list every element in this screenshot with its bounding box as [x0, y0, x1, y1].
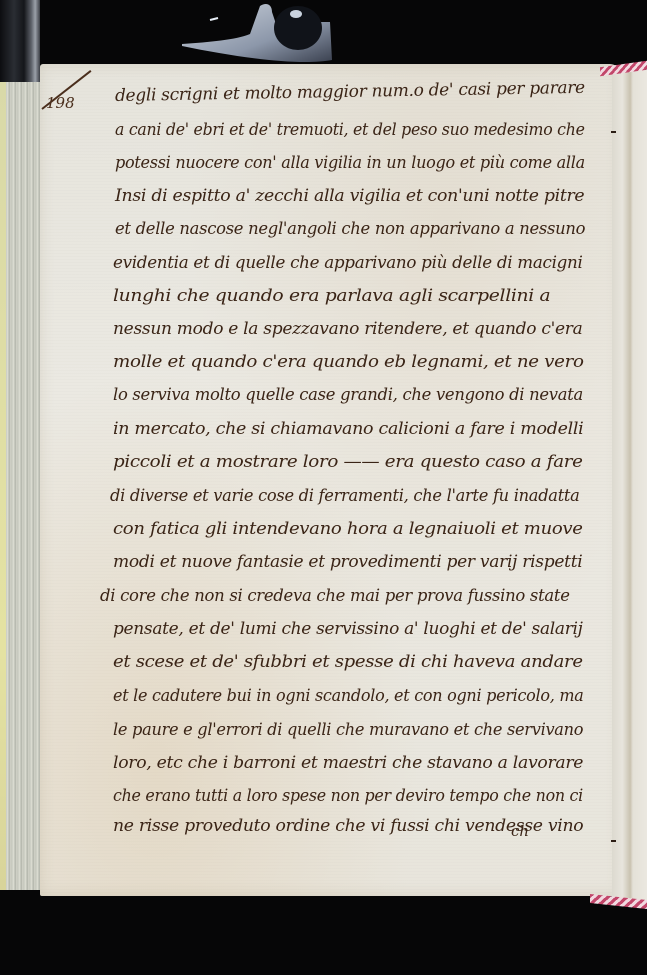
manuscript-line: potessi nuocere con' alla vigilia in un … [115, 153, 585, 173]
manuscript-line: piccoli et a mostrare loro —— era questo… [113, 452, 583, 472]
facing-page-edge [612, 70, 647, 900]
manuscript-photo: 198 degli scrigni et molto maggior num.o… [0, 0, 647, 975]
manuscript-line: Insi di espitto a' zecchi alla vigilia e… [115, 186, 584, 206]
margin-mark [611, 131, 616, 133]
manuscript-line: lunghi che quando era parlava agli scarp… [113, 286, 550, 306]
catchword: ch [511, 822, 529, 840]
manuscript-line: le paure e gl'errori di quelli che murav… [113, 720, 583, 740]
manuscript-line: di core che non si credeva che mai per p… [100, 586, 570, 606]
margin-mark [611, 840, 616, 842]
manuscript-line: di diverse et varie cose di ferramenti, … [110, 486, 580, 506]
manuscript-line: et le cadutere bui in ogni scandolo, et … [113, 686, 584, 706]
book-clamp-icon [180, 0, 340, 68]
manuscript-line: a cani de' ebri et de' tremuoti, et del … [115, 120, 585, 140]
manuscript-line: nessun modo e la spezzavano ritendere, e… [113, 319, 582, 339]
manuscript-line: evidentia et di quelle che apparivano pi… [113, 253, 583, 273]
clamp-post [0, 0, 40, 84]
manuscript-line: pensate, et de' lumi che servissino a' l… [113, 619, 583, 639]
manuscript-line: molle et quando c'era quando eb legnami,… [113, 352, 584, 372]
manuscript-line: modi et nuove fantasie et provedimenti p… [113, 552, 582, 572]
page-stack-edge [0, 82, 42, 890]
manuscript-line: con fatica gli intendevano hora a legnai… [113, 519, 583, 539]
manuscript-line: in mercato, che si chiamavano calicioni … [113, 419, 583, 439]
manuscript-line: loro, etc che i barroni et maestri che s… [113, 753, 583, 773]
manuscript-line: lo serviva molto quelle case grandi, che… [113, 385, 583, 405]
manuscript-line: che erano tutti a loro spese non per dev… [113, 786, 583, 806]
manuscript-line: et scese et de' sfubbri et spesse di chi… [113, 652, 583, 672]
manuscript-line: et delle nascose negl'angoli che non app… [115, 219, 585, 239]
